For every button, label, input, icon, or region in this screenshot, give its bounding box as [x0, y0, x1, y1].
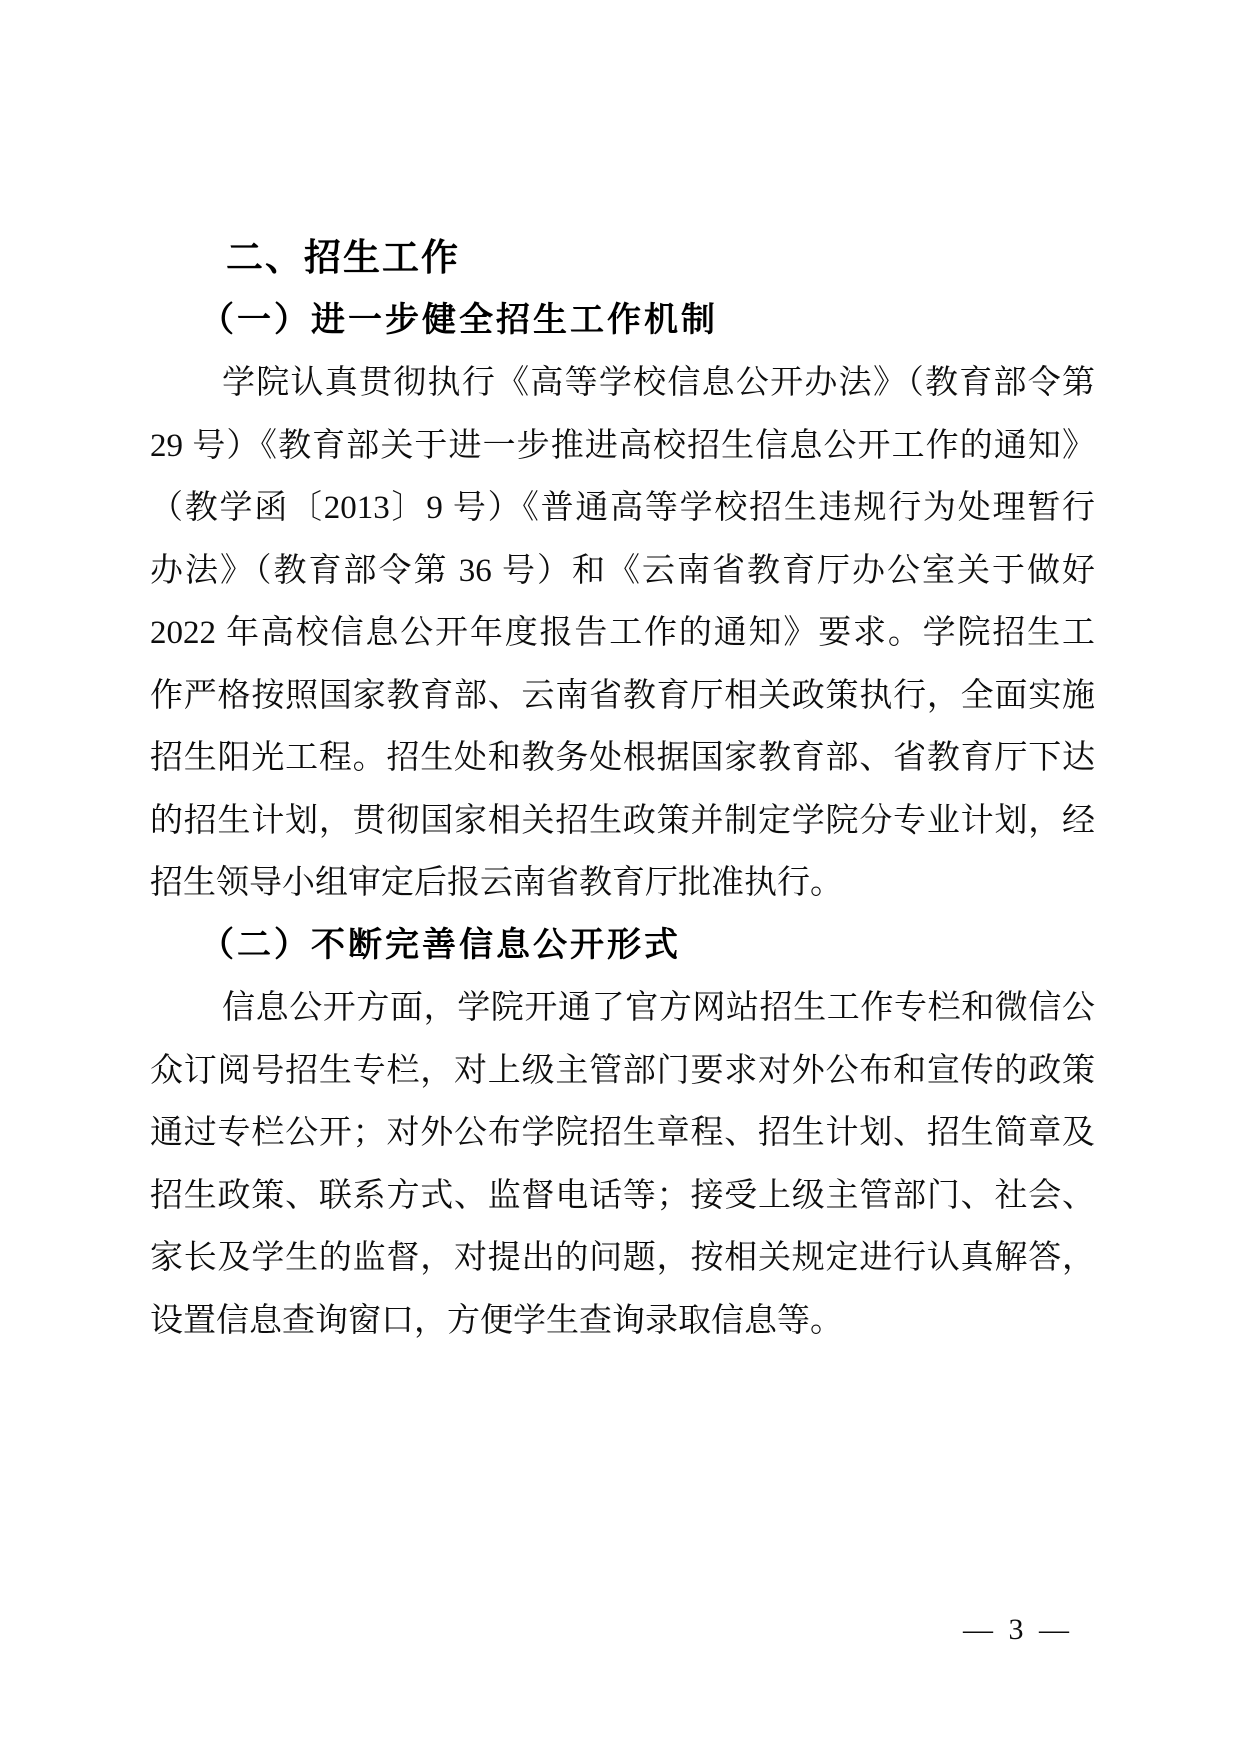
- paragraph-2-line: 信息公开方面，学院开通了官方网站招生工作专栏和微信公: [150, 977, 1095, 1040]
- paragraph-1-line: 招生领导小组审定后报云南省教育厅批准执行。: [150, 852, 1095, 915]
- document-content: 二、招生工作 （一）进一步健全招生工作机制 学院认真贯彻执行《高等学校信息公开办…: [150, 227, 1095, 1352]
- paragraph-1-line: 作严格按照国家教育部、云南省教育厅相关政策执行，全面实施: [150, 665, 1095, 728]
- subsection-1-heading: （一）进一步健全招生工作机制: [150, 290, 1095, 353]
- subsection-2-heading: （二）不断完善信息公开形式: [150, 915, 1095, 978]
- paragraph-1-line: 2022 年高校信息公开年度报告工作的通知》要求。学院招生工: [150, 602, 1095, 665]
- paragraph-1-line: 办法》（教育部令第 36 号）和《云南省教育厅办公室关于做好: [150, 540, 1095, 603]
- paragraph-2-line: 众订阅号招生专栏，对上级主管部门要求对外公布和宣传的政策: [150, 1040, 1095, 1103]
- paragraph-1-line: 招生阳光工程。招生处和教务处根据国家教育部、省教育厅下达: [150, 727, 1095, 790]
- document-page: 二、招生工作 （一）进一步健全招生工作机制 学院认真贯彻执行《高等学校信息公开办…: [0, 0, 1240, 1754]
- paragraph-1-line: 29 号）《教育部关于进一步推进高校招生信息公开工作的通知》: [150, 415, 1095, 478]
- paragraph-2-line: 招生政策、联系方式、监督电话等；接受上级主管部门、社会、: [150, 1165, 1095, 1228]
- page-number: — 3 —: [963, 1605, 1073, 1655]
- paragraph-2-line: 设置信息查询窗口，方便学生查询录取信息等。: [150, 1290, 1095, 1353]
- paragraph-1-line: 学院认真贯彻执行《高等学校信息公开办法》（教育部令第: [150, 352, 1095, 415]
- section-heading: 二、招生工作: [150, 227, 1095, 290]
- paragraph-1-line: （教学函〔2013〕9 号）《普通高等学校招生违规行为处理暂行: [150, 477, 1095, 540]
- paragraph-1-line: 的招生计划，贯彻国家相关招生政策并制定学院分专业计划，经: [150, 790, 1095, 853]
- paragraph-2-line: 家长及学生的监督，对提出的问题，按相关规定进行认真解答，: [150, 1227, 1095, 1290]
- paragraph-2-line: 通过专栏公开；对外公布学院招生章程、招生计划、招生简章及: [150, 1102, 1095, 1165]
